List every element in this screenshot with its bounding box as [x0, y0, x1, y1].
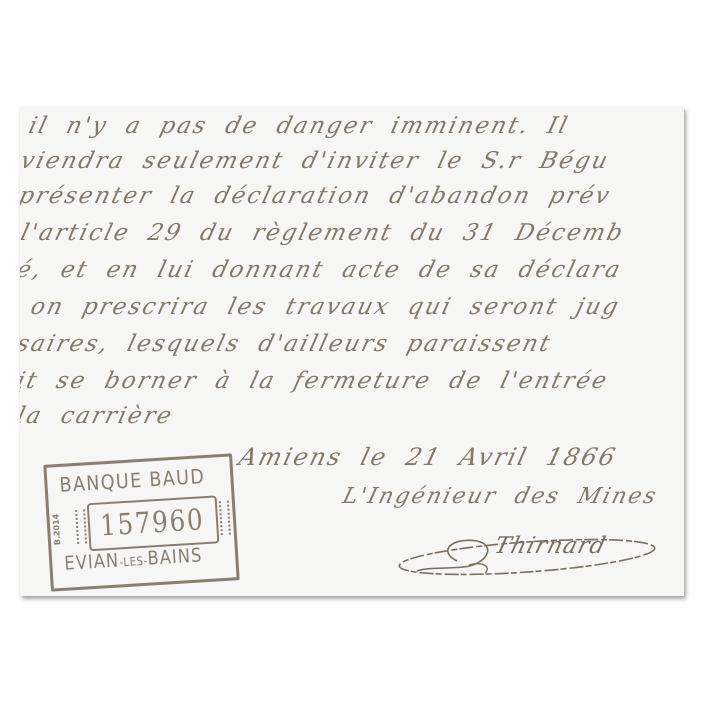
handwriting-line-1: il n'y a pas de danger imminent. Il: [26, 113, 572, 139]
handwriting-line-4: l'article 29 du règlement du 31 Décemb: [20, 220, 627, 246]
stamp-number: 157960: [99, 502, 205, 542]
stamp-city: EVIAN-LES-BAINS: [64, 544, 203, 574]
signature-name: Thirnard: [492, 533, 609, 559]
bank-stamp: BANQUE BAUD 157960 B.2014 EVIAN-LES-BAIN…: [43, 453, 239, 591]
stamp-bank-name: BANQUE BAUD: [59, 464, 206, 497]
handwriting-line-6: on prescrira les travaux qui seront jug: [28, 294, 623, 320]
handwriting-line-3: présenter la déclaration d'abandon prév: [20, 183, 614, 209]
handwriting-line-9: la carrière: [20, 403, 176, 429]
handwriting-line-7: saires, lesquels d'ailleurs paraissent: [20, 331, 555, 357]
handwriting-line-5: é, et en lui donnant acte de sa déclara: [20, 257, 625, 283]
stamp-code: B.2014: [51, 514, 62, 546]
product-image: il n'y a pas de danger imminent. Il vien…: [0, 0, 704, 704]
handwriting-line-2: viendra seulement d'inviter le S.r Bégu: [20, 148, 612, 174]
handwriting-line-8: it se borner à la fermeture de l'entrée: [20, 368, 611, 394]
stamp-city-suffix: BAINS: [147, 544, 203, 569]
signature: Thirnard: [397, 531, 667, 579]
stamp-city-prefix: EVIAN: [64, 549, 120, 574]
engineer-title-line: L'Ingénieur des Mines: [340, 484, 660, 509]
stamp-number-frame: 157960: [87, 495, 220, 551]
date-line: Amiens le 21 Avril 1866: [236, 443, 620, 471]
stamp-city-middle: -LES-: [119, 554, 148, 570]
tissue-paper-sheet: il n'y a pas de danger imminent. Il vien…: [20, 107, 684, 596]
